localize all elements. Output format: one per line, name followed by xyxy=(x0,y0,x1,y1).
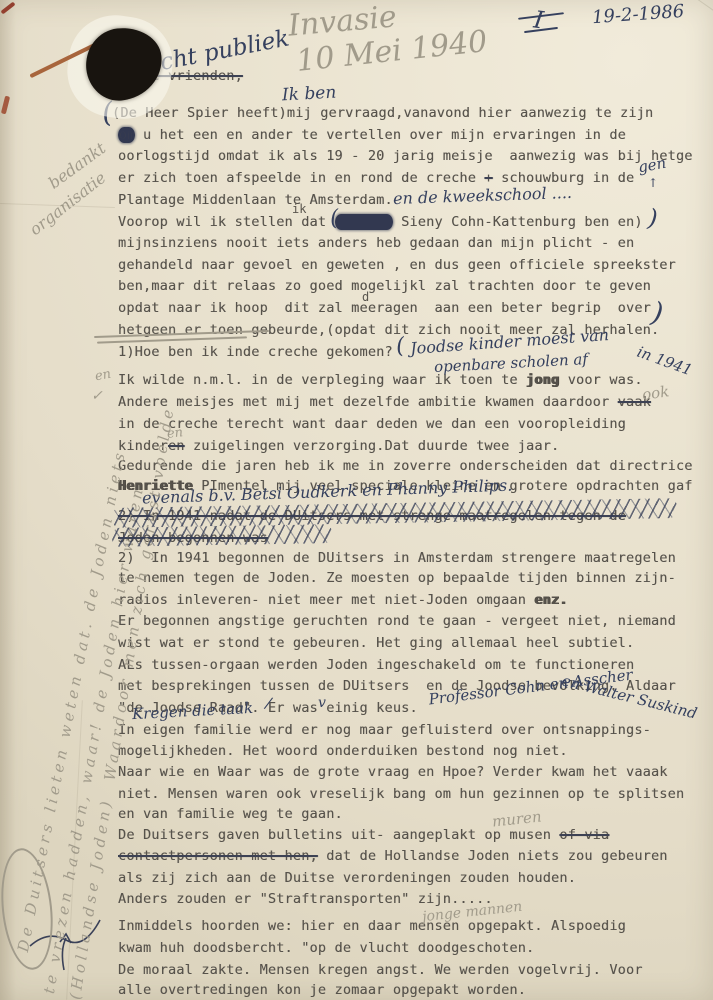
note-paren-close-1: ) xyxy=(647,204,659,233)
typed-text: Er begonnen angstige geruchten rond te g… xyxy=(118,613,676,629)
typed-text xyxy=(335,214,393,230)
typed-line: Naar wie en Waar was de grote vraag en H… xyxy=(118,764,668,780)
typed-text: Sieny Cohn-Kattenburg ben en) xyxy=(393,214,643,230)
red-tick-left xyxy=(1,96,10,115)
note-ook: ook xyxy=(641,382,670,404)
typed-text: gehandeld naar gevoel en geweten , en du… xyxy=(118,257,676,273)
typed-text: Anders zouden er "Straftransporten" zijn… xyxy=(118,891,493,907)
typed-text: Inmiddels hoorden we: hier en daar mense… xyxy=(118,918,626,934)
typed-line: wist wat er stond te gebeuren. Het ging … xyxy=(118,635,634,651)
typed-text: er zich toen afspeelde in en rond de cre… xyxy=(118,170,484,186)
typed-text: alle overtredingen kon je zomaar opgepak… xyxy=(118,982,526,998)
typed-line: niet. Mensen waren ook vreselijk bang om… xyxy=(118,786,684,802)
typed-line: in de creche terecht want daar deden we … xyxy=(118,416,626,432)
typed-line: 1)Hoe ben ik inde creche gekomen? xyxy=(118,344,393,360)
document-page: Beste vrienden,(De Heer Spier heeft)mij … xyxy=(0,0,713,1000)
typed-line: Plantage Middenlaan te Amsterdam. xyxy=(118,192,393,208)
typed-line: In eigen familie werd er nog maar geflui… xyxy=(118,722,651,738)
typed-text: (De Heer Spier heeft)mij gervraagd,vanav… xyxy=(112,105,653,121)
typed-line: ALs tussen-orgaan werden Joden ingeschak… xyxy=(118,657,634,673)
typed-line: De moraal zakte. Mensen kregen angst. We… xyxy=(118,962,643,978)
typed-text: mogelijkheden. Het woord onderduiken bes… xyxy=(118,743,568,759)
note-date-1986: 19-2-1986 xyxy=(591,1,685,28)
typed-line: Ik wilde n.m.l. in de verpleging waar ik… xyxy=(118,372,643,388)
typed-text: De moraal zakte. Mensen kregen angst. We… xyxy=(118,962,643,978)
typed-text: ALs tussen-orgaan werden Joden ingeschak… xyxy=(118,657,634,673)
typed-text: ben,maar dit relaas zo goed mogelijkl za… xyxy=(118,278,651,294)
typed-line: te nemen tegen de Joden. Ze moesten op b… xyxy=(118,570,676,586)
note-ik-ben: Ik ben xyxy=(282,83,337,106)
typed-line: opdat naar ik hoop dit zal meeragen aan … xyxy=(118,300,651,316)
typed-line: alle overtredingen kon je zomaar opgepak… xyxy=(118,982,526,998)
typed-text: kwam huh doodsbercht. "op de vlucht dood… xyxy=(118,940,534,956)
typed-line: contactpersonen met hen, dat de Hollands… xyxy=(118,848,668,864)
typed-text: of via xyxy=(559,827,609,843)
typed-text: u het een en ander te vertellen over mij… xyxy=(135,127,626,143)
note-d-inserted: d xyxy=(362,290,369,304)
typed-text: zuigelingen verzorging.Dat duurde twee j… xyxy=(185,438,560,454)
typed-text: 1)Hoe ben ik inde creche gekomen? xyxy=(118,344,393,360)
typed-text: Plantage Middenlaan te Amsterdam. xyxy=(118,192,393,208)
corner-fold xyxy=(689,0,713,16)
typed-text: opdat naar ik hoop dit zal meeragen aan … xyxy=(118,300,651,316)
typed-line: De Duitsers gaven bulletins uit- aangepl… xyxy=(118,827,609,843)
note-ik-inserted: ik xyxy=(292,202,306,216)
typed-line: Er begonnen angstige geruchten rond te g… xyxy=(118,613,676,629)
typed-text: Andere meisjes met mij met dezelfde ambi… xyxy=(118,394,618,410)
typed-text: Gedurende die jaren heb ik me in zoverre… xyxy=(118,458,693,474)
typed-line: als zij zich aan de Duitse verordeningen… xyxy=(118,870,576,886)
typed-text: en van familie weg te gaan. xyxy=(118,806,343,822)
typed-text: wist wat er stond te gebeuren. Het ging … xyxy=(118,635,634,651)
typed-line: kinderen zuigelingen verzorging.Dat duur… xyxy=(118,438,559,454)
note-en-margin: en xyxy=(94,367,112,385)
typed-text: om xyxy=(118,127,135,143)
typed-text: oorlogstijd omdat ik als 19 - 20 jarig m… xyxy=(118,148,693,164)
typed-line: om u het een en ander te vertellen over … xyxy=(118,127,626,143)
typed-text: niet. Mensen waren ook vreselijk bang om… xyxy=(118,786,684,802)
typed-text: enz. xyxy=(534,592,567,608)
note-paren-open-2: ( xyxy=(329,206,339,232)
pen-scribble-over-line-2 xyxy=(112,524,332,547)
typed-text: contactpersonen met hen, xyxy=(118,848,318,864)
typed-line: Inmiddels hoorden we: hier en daar mense… xyxy=(118,918,626,934)
typed-line: Anders zouden er "Straftransporten" zijn… xyxy=(118,891,493,907)
red-tick-top xyxy=(0,1,15,14)
typed-line: 2) In 1941 begonnen de DUitsers in Amste… xyxy=(118,550,676,566)
note-gen: gen xyxy=(637,154,668,177)
note-caret: ↑ xyxy=(648,176,658,190)
typed-line: en van familie weg te gaan. xyxy=(118,806,343,822)
note-in-1941: in 1941 xyxy=(635,343,695,380)
typed-line: kwam huh doodsbercht. "op de vlucht dood… xyxy=(118,940,534,956)
typed-line: gehandeld naar gevoel en geweten , en du… xyxy=(118,257,676,273)
typed-text: In eigen familie werd er nog maar geflui… xyxy=(118,722,651,738)
typed-line: oorlogstijd omdat ik als 19 - 20 jarig m… xyxy=(118,148,693,164)
typed-line: mogelijkheden. Het woord onderduiken bes… xyxy=(118,743,568,759)
typed-text: dat de Hollandse Joden niets zou gebeure… xyxy=(318,848,668,864)
typed-text: Voorop wil ik stellen dat xyxy=(118,214,335,230)
typed-text: als zij zich aan de Duitse verordeningen… xyxy=(118,870,576,886)
typed-text: in de creche terecht want daar deden we … xyxy=(118,416,626,432)
typed-line: Andere meisjes met mij met dezelfde ambi… xyxy=(118,394,651,410)
typed-line: Gedurende die jaren heb ik me in zoverre… xyxy=(118,458,693,474)
note-paren-close-2: ) xyxy=(649,295,666,329)
note-kweekschool: en de kweekschool .... xyxy=(393,183,573,208)
typed-line: (De Heer Spier heeft)mij gervraagd,vanav… xyxy=(112,105,653,121)
typed-line: Voorop wil ik stellen dat Sieny Cohn-Kat… xyxy=(118,214,643,230)
typed-line: mijnsinziens nooit iets anders heb gedaa… xyxy=(118,235,634,251)
typed-text: 2) In 1941 begonnen de DUitsers in Amste… xyxy=(118,550,676,566)
typed-line: radios inleveren- niet meer met niet-Jod… xyxy=(118,592,568,608)
typed-text: mijnsinziens nooit iets anders heb gedaa… xyxy=(118,235,634,251)
typed-text: + xyxy=(484,170,492,186)
note-checkmark: ✓ xyxy=(91,388,103,404)
typed-text: voor was. xyxy=(559,372,642,388)
typed-text: te nemen tegen de Joden. Ze moesten op b… xyxy=(118,570,676,586)
typed-text: jong xyxy=(526,372,559,388)
note-v-inserted: v xyxy=(318,695,326,711)
typed-line: ben,maar dit relaas zo goed mogelijkl za… xyxy=(118,278,651,294)
typed-text: radios inleveren- niet meer met niet-Jod… xyxy=(118,592,534,608)
typed-text: Naar wie en Waar was de grote vraag en H… xyxy=(118,764,668,780)
